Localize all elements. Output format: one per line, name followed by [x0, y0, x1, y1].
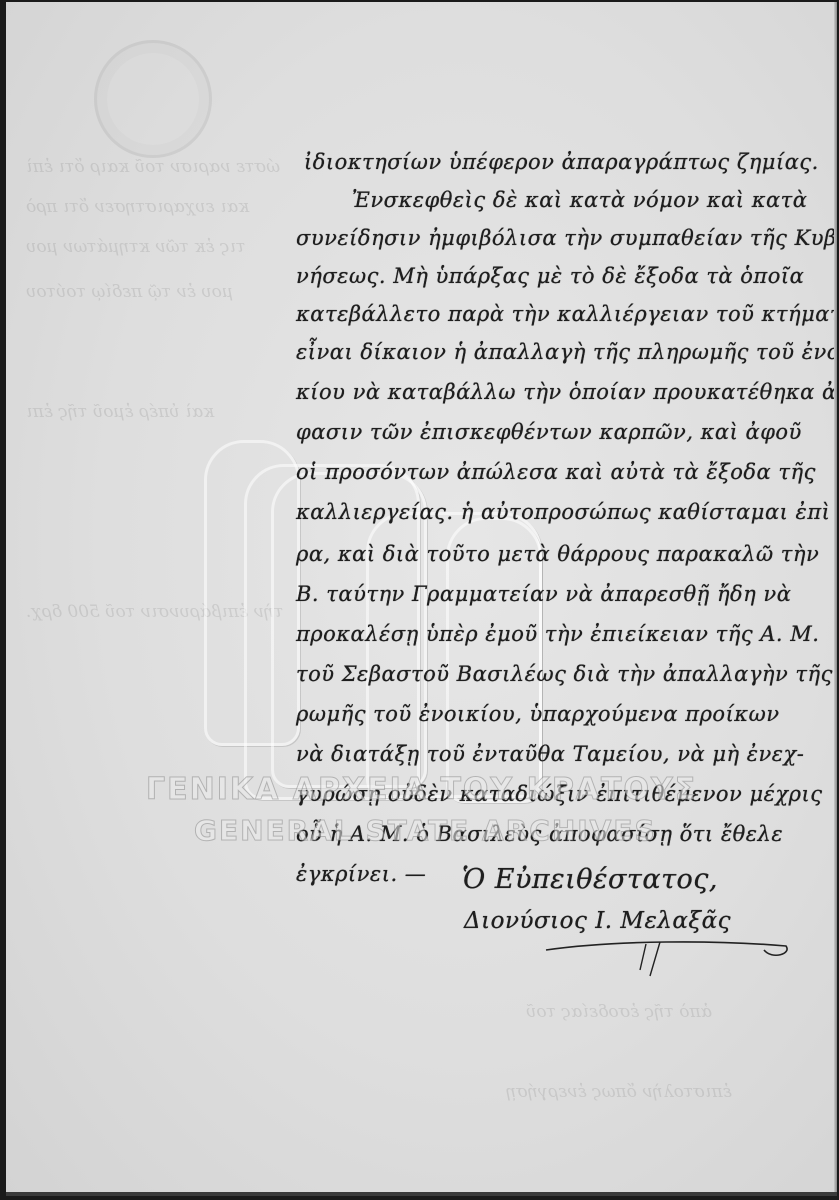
body-line: καλλιεργείας. ἡ αὐτοπροσώπως καθίσταμαι … — [296, 500, 837, 524]
bleed-through-text: καὶ ὑπέρ ἐμοῦ τῆς ἐπι — [26, 402, 214, 422]
body-line: προκαλέσῃ ὑπὲρ ἐμοῦ τὴν ἐπιείκειαν τῆς Α… — [296, 622, 819, 646]
watermark-greek: ΓΕΝΙΚΑ ΑΡΧΕΙΑ ΤΟΥ ΚΡΑΤΟΥΣ — [146, 772, 697, 807]
body-line: συνείδησιν ἠμφιβόλισα τὴν συμπαθείαν τῆς… — [296, 226, 837, 250]
bleed-through-text: ἐπιστολὴν ὅπως ἐνεργήσῃ — [506, 1082, 732, 1102]
body-line: κατεβάλλετο παρὰ τὴν καλλιέργειαν τοῦ κτ… — [296, 302, 837, 326]
bleed-through-text: μου ἐν τῷ πεδίῳ τούτου — [26, 282, 233, 302]
bleed-through-text: τις ἐκ τῶν κτημάτων μου — [26, 237, 246, 257]
page-edge — [834, 2, 837, 1196]
closing-phrase: Ὁ Εὐπειθέστατος, — [462, 864, 718, 895]
body-line: εἶναι δίκαιον ἡ ἀπαλλαγὴ τῆς πληρωμῆς το… — [296, 340, 837, 364]
signature-flourish — [536, 920, 796, 980]
watermark-english: GENERAL STATE ARCHIVES — [194, 814, 657, 847]
body-line: οἱ προσόντων ἀπώλεσα καὶ αὐτὰ τὰ ἔξοδα τ… — [296, 460, 816, 484]
bleed-through-text: και ευχαριστησεν ὅτι πρὸ — [26, 197, 249, 217]
body-line: νὰ διατάξῃ τοῦ ἐνταῦθα Ταμείου, νὰ μὴ ἐν… — [296, 742, 804, 766]
body-line: νήσεως. Μὴ ὑπάρξας μὲ τὸ δὲ ἔξοδα τὰ ὁπο… — [296, 264, 804, 288]
body-line: Ἐνσκεφθεὶς δὲ καὶ κατὰ νόμον καὶ κατὰ — [352, 188, 807, 212]
body-line: τοῦ Σεβαστοῦ Βασιλέως διὰ τὴν ἀπαλλαγὴν … — [296, 662, 837, 686]
scan-border — [6, 1192, 837, 1196]
body-line: ἐγκρίνει. — — [296, 862, 426, 886]
document-page: ώστε ναρισν τοῦ καιρ ὅτι ἐπὶ και ευχαρισ… — [6, 2, 837, 1196]
bleed-through-text: ώστε ναρισν τοῦ καιρ ὅτι ἐπὶ — [26, 157, 280, 177]
body-line: ρωμῆς τοῦ ἐνοικίου, ὑπαρχούμενα προίκων — [296, 702, 779, 726]
bleed-through-text: ἀπὸ τῆς ἐσοδείας τοῦ — [526, 1002, 712, 1022]
body-line: ρα, καὶ διὰ τοῦτο μετὰ θάρρους παρακαλῶ … — [296, 542, 819, 566]
faint-stamp — [94, 40, 212, 158]
body-line: ἰδιοκτησίων ὑπέφερον ἀπαραγράπτως ζημίας… — [304, 150, 819, 174]
body-line: κίου νὰ καταβάλλω τὴν ὁποίαν προυκατέθηκ… — [296, 380, 837, 404]
body-line: φασιν τῶν ἐπισκεφθέντων καρπῶν, καὶ ἀφοῦ — [296, 420, 802, 444]
body-line: Β. ταύτην Γραμματείαν νὰ ἀπαρεσθῇ ἤδη νὰ — [296, 582, 791, 606]
